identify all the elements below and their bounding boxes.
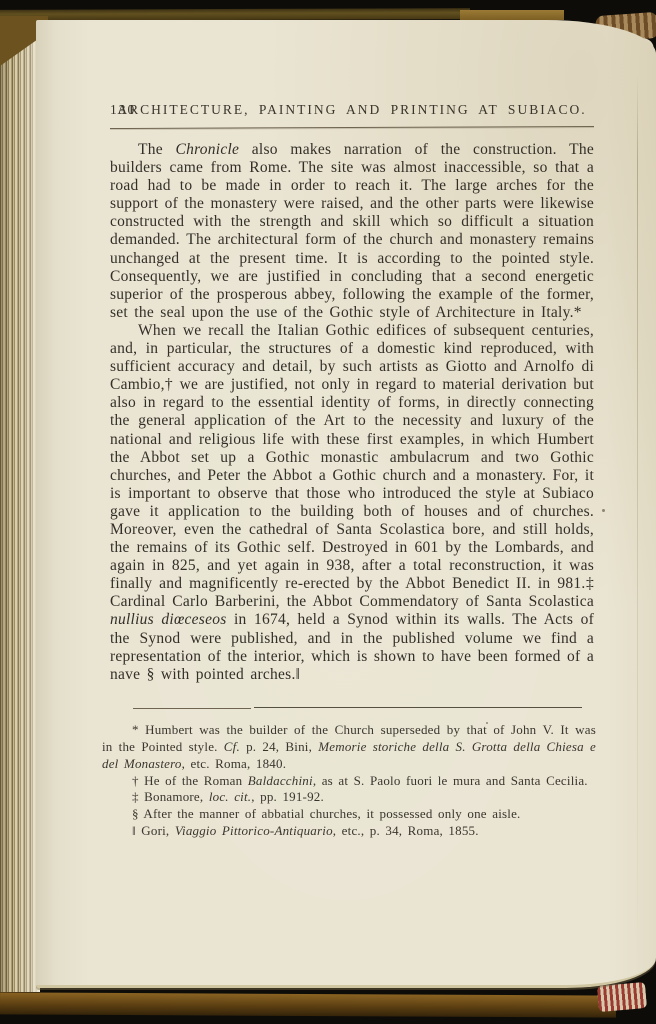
italic-text-run: Baldacchini [248, 773, 313, 788]
page-crease [637, 75, 638, 955]
italic-text-run: Chronicle [175, 141, 239, 158]
italic-text-run: loc. cit. [209, 789, 251, 804]
footnote: † He of the Roman Baldacchini, as at S. … [102, 773, 596, 790]
book-page: 130 ARCHITECTURE, PAINTING AND PRINTING … [36, 20, 656, 988]
italic-text-run: Viaggio Pittorico-Antiquario [175, 823, 333, 838]
page-edges-stack [0, 24, 40, 992]
paragraph: The Chronicle also makes narration of th… [110, 141, 594, 322]
footnote: * Humbert was the builder of the Church … [102, 722, 596, 773]
footnote: ‖ Gori, Viaggio Pittorico-Antiquario, et… [102, 823, 596, 840]
body-text: The Chronicle also makes narration of th… [110, 141, 594, 684]
footnote-rule-segment [254, 707, 582, 708]
text-run: , pp. 191-92. [251, 789, 324, 804]
running-head: 130 ARCHITECTURE, PAINTING AND PRINTING … [110, 102, 594, 118]
book-scan: 130 ARCHITECTURE, PAINTING AND PRINTING … [0, 0, 656, 1024]
italic-text-run: Cf. [224, 739, 240, 754]
paragraph: When we recall the Italian Gothic edific… [110, 322, 594, 684]
text-run: When we recall the Italian Gothic edific… [110, 322, 594, 610]
footnote: ‡ Bonamore, loc. cit., pp. 191-92. [102, 789, 596, 806]
headband-bottom [597, 982, 647, 1012]
text-run: , as at S. Paolo fuori le mura and Santa… [313, 773, 588, 788]
book-cover-bottom-edge [0, 992, 616, 1017]
text-run: p. 24, Bini, [240, 739, 318, 754]
footnote-rule [110, 706, 594, 710]
running-title: ARCHITECTURE, PAINTING AND PRINTING AT S… [117, 102, 586, 117]
text-run: , etc., p. 34, Roma, 1855. [333, 823, 479, 838]
text-run: , etc. Roma, 1840. [182, 756, 287, 771]
text-run: ‡ Bonamore, [132, 789, 209, 804]
text-run: ‖ Gori, [132, 823, 175, 838]
footnote: § After the manner of abbatial churches,… [102, 806, 596, 823]
text-run: also makes narration of the construction… [110, 141, 594, 321]
italic-text-run: nullius diœceseos [110, 611, 227, 628]
book-cover-top-edge [0, 8, 470, 21]
footnotes: * Humbert was the builder of the Church … [102, 722, 596, 840]
text-run: † He of the Roman [132, 773, 248, 788]
book-cover-top-edge-gilt [460, 10, 564, 20]
printed-content: 130 ARCHITECTURE, PAINTING AND PRINTING … [110, 20, 594, 985]
header-rule [110, 126, 594, 129]
text-run: The [138, 141, 175, 158]
footnote-rule-segment [133, 708, 251, 709]
paper-speck [602, 509, 605, 512]
page-number: 130 [110, 102, 136, 118]
text-run: § After the manner of abbatial churches,… [132, 806, 521, 821]
